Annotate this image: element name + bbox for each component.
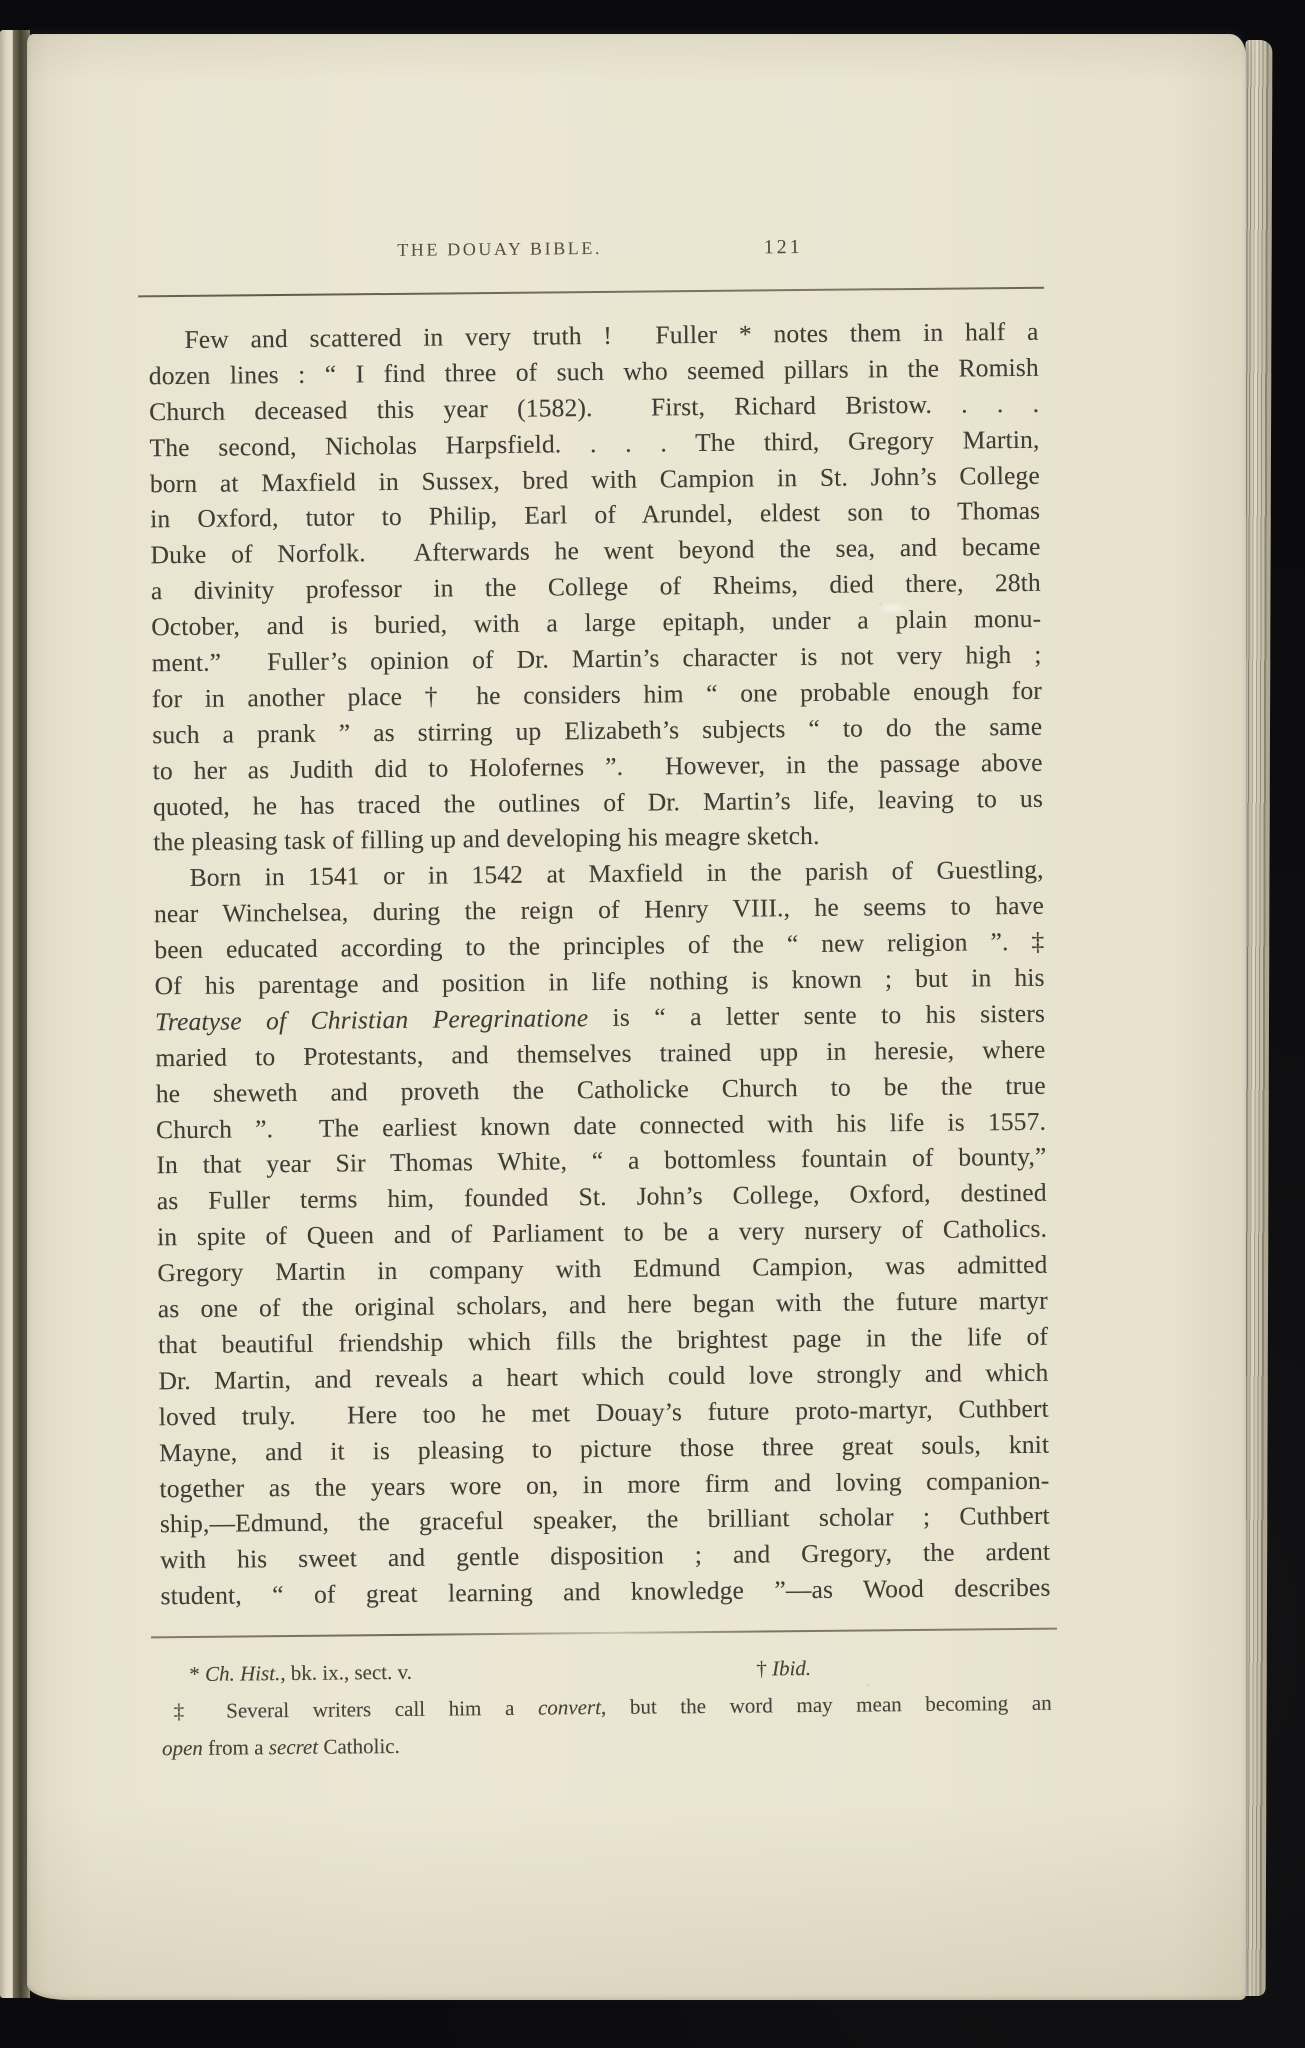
running-head: THE DOUAY BIBLE. 121	[148, 234, 1038, 273]
book-page: THE DOUAY BIBLE. 121 Few and scattered i…	[27, 34, 1246, 2000]
italic-text: convert	[538, 1695, 601, 1720]
italic-text: Ch. Hist.	[205, 1661, 280, 1686]
body-text: Few and scattered in very truth ! Fuller…	[148, 314, 1050, 1615]
text-segment: is “ a letter sente to his sisters	[588, 999, 1045, 1032]
text-segment: Catholic.	[318, 1734, 400, 1759]
text-segment: , but the word may mean becoming an	[601, 1691, 1052, 1719]
header-rule	[138, 287, 1044, 298]
italic-text: Treatyse of Christian Peregrinatione	[155, 1003, 588, 1036]
italic-text: open	[162, 1736, 203, 1760]
italic-text: Ibid.	[772, 1656, 811, 1680]
text-segment: ‡ Several writers call him a	[174, 1696, 539, 1723]
text-line: open from a secret Catholic.	[162, 1722, 1052, 1768]
footnotes: * Ch. Hist., bk. ix., sect. v. † Ibid. ‡…	[161, 1648, 1052, 1768]
text-line: student, “ of great learning and knowled…	[160, 1570, 1050, 1614]
book-photo: THE DOUAY BIBLE. 121 Few and scattered i…	[0, 0, 1305, 2048]
type-area: THE DOUAY BIBLE. 121 Few and scattered i…	[146, 30, 1055, 2004]
running-head-title: THE DOUAY BIBLE.	[397, 238, 602, 261]
footnote-dagger: † Ibid.	[756, 1650, 811, 1688]
text-segment: from a	[203, 1735, 269, 1760]
page-number: 121	[764, 236, 803, 259]
italic-text: secret	[269, 1735, 319, 1759]
text-segment: *	[189, 1662, 205, 1686]
footnote-asterisk: * Ch. Hist., bk. ix., sect. v.	[189, 1660, 412, 1686]
text-segment: †	[756, 1656, 772, 1680]
text-segment: , bk. ix., sect. v.	[280, 1660, 412, 1685]
footnote-rule	[151, 1628, 1057, 1638]
footnote-double-dagger: ‡ Several writers call him a convert, bu…	[161, 1685, 1052, 1768]
